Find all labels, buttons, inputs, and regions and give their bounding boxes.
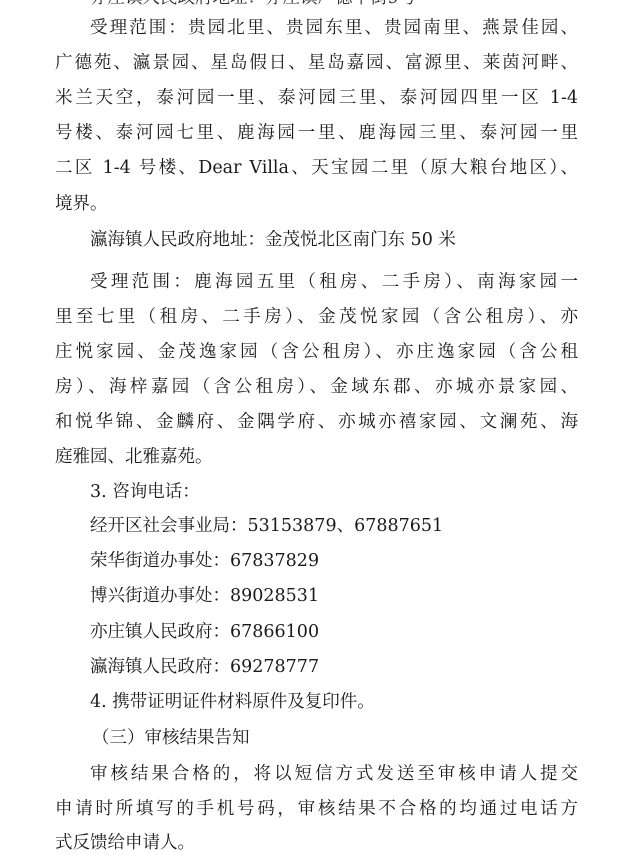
guiyuan-scope-line: 米兰天空，泰河园一里、泰河园三里、泰河园四里一区 1-4 (55, 86, 578, 110)
review-paragraph-line: 申请时所填写的手机号码，审核结果不合格的均通过电话方 (55, 797, 578, 821)
phone-entry: 经开区社会事业局：53153879、67887651 (90, 514, 578, 538)
yinghai-scope-line: 受理范围：鹿海园五里（租房、二手房）、南海家园一 (90, 270, 578, 294)
guiyuan-scope-line: 广德苑、瀛景园、星岛假日、星岛嘉园、富源里、莱茵河畔、 (55, 51, 578, 75)
phone-entry: 博兴街道办事处：89028531 (90, 584, 578, 608)
yinghai-scope-line: 庭雅园、北雅嘉苑。 (55, 445, 578, 469)
phone-entry: 瀛海镇人民政府：69278777 (90, 655, 578, 679)
review-paragraph-line: 审核结果合格的，将以短信方式发送至审核申请人提交 (90, 762, 578, 786)
cut-off-address-line: 亦庄镇人民政府地址：亦庄镇广德中街9号 (90, 0, 578, 10)
yinghai-scope-line: 和悦华锦、金麟府、金隅学府、亦城亦禧家园、文澜苑、海 (55, 410, 578, 434)
yinghai-scope-line: 庄悦家园、金茂逸家园（含公租房）、亦庄逸家园（含公租 (55, 340, 578, 364)
yinghai-scope-line: 房）、海梓嘉园（含公租房）、金域东郡、亦城亦景家园、 (55, 375, 578, 399)
phone-entry: 荣华街道办事处：67837829 (90, 549, 578, 573)
guiyuan-scope-line: 境界。 (55, 192, 578, 216)
guiyuan-scope-line: 二区 1-4 号楼、Dear Villa、天宝园二里（原大粮台地区）、 (55, 156, 578, 180)
review-section-heading: （三）审核结果告知 (92, 726, 580, 750)
guiyuan-scope-line: 受理范围：贵园北里、贵园东里、贵园南里、燕景佳园、 (90, 16, 578, 40)
yinghai-scope-line: 里至七里（租房、二手房）、金茂悦家园（含公租房）、亦 (55, 305, 578, 329)
yinghai-address: 瀛海镇人民政府地址：金茂悦北区南门东 50 米 (90, 228, 578, 252)
phone-entry: 亦庄镇人民政府：67866100 (90, 620, 578, 644)
guiyuan-scope-line: 号楼、泰河园七里、鹿海园一里、鹿海园三里、泰河园一里 (55, 121, 578, 145)
review-paragraph-line: 式反馈给申请人。 (55, 831, 578, 855)
materials-note: 4. 携带证明证件材料原件及复印件。 (90, 690, 578, 714)
consult-phone-title: 3. 咨询电话： (90, 480, 578, 504)
